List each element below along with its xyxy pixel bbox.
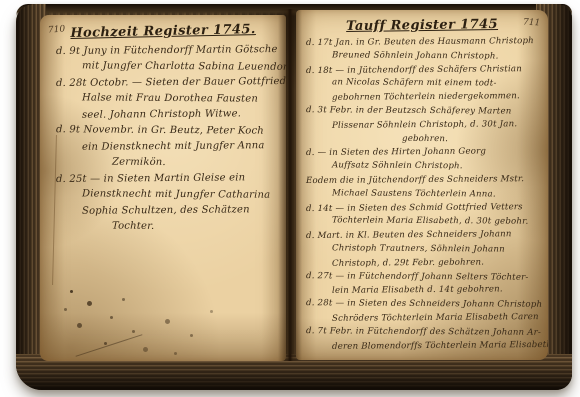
register-entry-line: d. 9t Novembr. in Gr. Beutz, Peter Koch — [56, 122, 286, 140]
register-entry-line: Halse mit Frau Dorothea Fausten — [56, 90, 286, 108]
register-entry-line: Tochter. — [56, 218, 286, 236]
register-entry-line: Breuned Söhnlein Johann Christoph. — [306, 49, 548, 64]
right-page-title: Tauff Register 1745 — [296, 10, 548, 35]
register-entry-line: Sophia Schultzen, des Schätzen — [56, 202, 286, 220]
register-entry-line: mit Jungfer Charlotta Sabina Leuendorff — [56, 58, 286, 76]
left-page-title: Hochzeit Register 1745. — [40, 15, 286, 42]
register-entry-line: Schröders Töchterlein Maria Elisabeth Ca… — [306, 311, 548, 327]
left-page-marriage-register: 710 Hochzeit Register 1745. d. 9t Juny i… — [40, 15, 286, 361]
right-page-baptism-register: 711 Tauff Register 1745 d. 17t Jan. in G… — [296, 10, 548, 360]
register-entry-line: Zermikön. — [56, 154, 286, 172]
ink-stains — [70, 290, 73, 293]
register-entry-line: Michael Saustens Töchterlein Anna. — [306, 187, 548, 202]
register-entry-line: deren Blomendorffs Töchterlein Maria Eli… — [306, 338, 548, 354]
register-entry-line: Plissenar Söhnlein Christoph, d. 30t Jan… — [306, 118, 548, 134]
open-register-book: 710 Hochzeit Register 1745. d. 9t Juny i… — [16, 4, 572, 390]
register-entry-line: ein Dienstknecht mit Jungfer Anna — [56, 138, 286, 156]
photo-background: 710 Hochzeit Register 1745. d. 9t Juny i… — [0, 0, 580, 397]
left-page-entries: d. 9t Juny in Fütchendorff Martin Götsch… — [40, 39, 286, 235]
register-entry-line: Christoph, d. 29t Febr. gebohren. — [306, 256, 548, 272]
register-entry-line: d. 7t Febr. in Fütchendorff des Schätzen… — [306, 325, 548, 340]
book-gutter-shadow — [278, 9, 302, 361]
register-entry-line: d. 25t — in Sieten Martin Gleise ein — [56, 170, 286, 188]
register-entry-line: d. 28t Octobr. — Sieten der Bauer Gottfr… — [56, 74, 286, 92]
register-entry-line: seel. Johann Christoph Witwe. — [56, 106, 286, 124]
register-entry-line: Dienstknecht mit Jungfer Catharina — [56, 186, 286, 204]
ink-scratch — [76, 334, 143, 357]
register-entry-line: d. 9t Juny in Fütchendorff Martin Götsch… — [56, 42, 286, 60]
right-page-entries: d. 17t Jan. in Gr. Beuten des Hausmann C… — [296, 33, 548, 353]
